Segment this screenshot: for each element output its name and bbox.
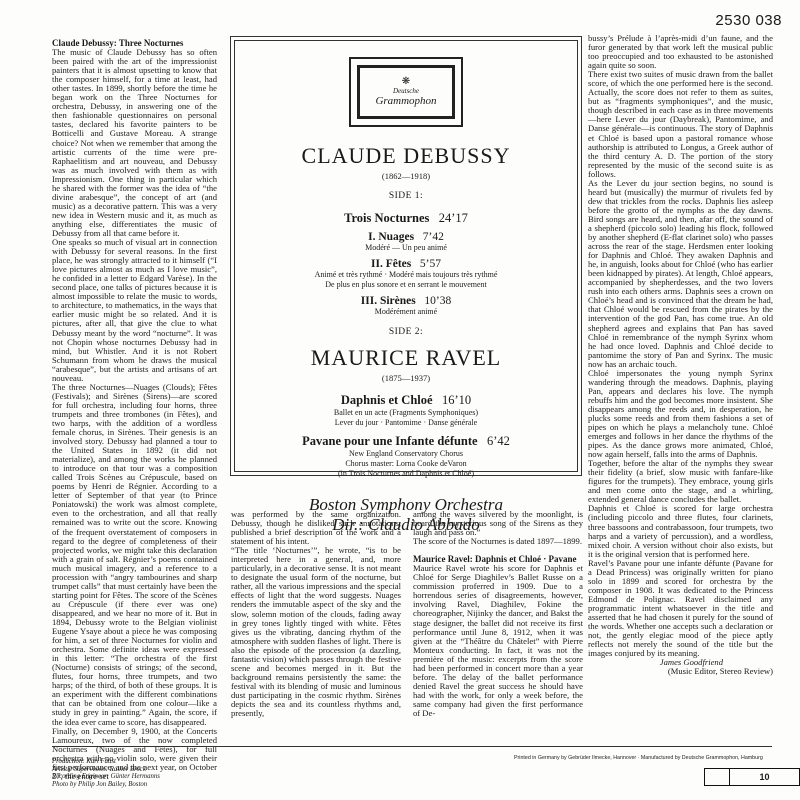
tulip-crown-icon: ❋ bbox=[360, 76, 452, 87]
work-title: Pavane pour une Infante défunte 6’42 bbox=[235, 434, 577, 449]
movement: I. Nuages 7’42 bbox=[235, 231, 577, 243]
paragraph: was performed by the same organization. … bbox=[231, 510, 401, 546]
signature-role: (Music Editor, Stereo Review) bbox=[588, 667, 773, 676]
dg-logo: ❋ Deutsche Grammophon bbox=[349, 57, 463, 127]
credit-line: Production: Karl Faust bbox=[52, 758, 160, 766]
work-title: Trois Nocturnes 24’17 bbox=[235, 211, 577, 226]
composer-debussy: CLAUDE DEBUSSY bbox=[235, 143, 577, 169]
chorus: New England Conservatory Chorus bbox=[235, 449, 577, 459]
paragraph: Together, before the altar of the nymphs… bbox=[588, 459, 773, 504]
paragraph: Daphnis et Chloé is scored for large orc… bbox=[588, 504, 773, 558]
page-number: 10 bbox=[730, 769, 799, 785]
paragraph: Ravel’s Pavane pour une infante défunte … bbox=[588, 559, 773, 659]
side-label: SIDE 2: bbox=[235, 327, 577, 337]
catalog-number: 2530 038 bbox=[715, 12, 782, 29]
column-4: bussy’s Prélude à l’après-midi d’un faun… bbox=[588, 34, 773, 676]
tempo: Modéré — Un peu animé bbox=[235, 243, 577, 253]
tempo: De plus en plus sonore et en serrant le … bbox=[235, 280, 577, 290]
paragraph: bussy’s Prélude à l’après-midi d’un faun… bbox=[588, 34, 773, 70]
paragraph: Maurice Ravel wrote his score for Daphni… bbox=[413, 564, 583, 718]
subtitle: Lever du jour · Pantomime · Danse généra… bbox=[235, 418, 577, 428]
column-3: among the waves silvered by the moonligh… bbox=[413, 510, 583, 718]
paragraph: The three Nocturnes—Nuages (Clouds); Fêt… bbox=[52, 383, 217, 727]
footer-rule bbox=[52, 746, 772, 747]
work-title: Daphnis et Chloé 16’10 bbox=[235, 393, 577, 408]
paragraph: The score of the Nocturnes is dated 1897… bbox=[413, 537, 583, 546]
logo-text: Deutsche bbox=[360, 87, 452, 95]
production-credits: Production: Karl Faust Artistic Supervis… bbox=[52, 758, 160, 788]
paragraph: There exist two suites of music drawn fr… bbox=[588, 70, 773, 179]
paragraph: Chloé impersonates the young nymph Syrin… bbox=[588, 369, 773, 459]
chorus: Chorus master: Lorna Cooke deVaron bbox=[235, 459, 577, 469]
paragraph: One speaks so much of visual art in conn… bbox=[52, 238, 217, 383]
movement: II. Fêtes 5’57 bbox=[235, 258, 577, 270]
credit-line: Artistic Supervision: Rainer Brock bbox=[52, 766, 160, 774]
column-1: Claude Debussy: Three Nocturnes The musi… bbox=[52, 39, 217, 781]
credit-line: Photo by Philip Jon Bailey, Boston bbox=[52, 781, 160, 789]
credit-line: Recording Engineer: Günter Hermanns bbox=[52, 773, 160, 781]
paragraph: As the Lever du jour section begins, no … bbox=[588, 179, 773, 369]
movement: III. Sirènes 10’38 bbox=[235, 295, 577, 307]
subtitle: Ballet en un acte (Fragments Symphonique… bbox=[235, 408, 577, 418]
tempo: Animé et très rythmé · Modéré mais toujo… bbox=[235, 270, 577, 280]
composer-dates: (1875—1937) bbox=[235, 373, 577, 383]
paragraph: “The title ‘Nocturnes’”, he wrote, “is t… bbox=[231, 546, 401, 718]
column-2: was performed by the same organization. … bbox=[231, 510, 401, 718]
printed-notice: Printed in Germany by Gebrüder Ilmecke, … bbox=[514, 755, 763, 761]
logo-text: Grammophon bbox=[360, 95, 452, 107]
chorus: (in Trois Nocturnes and Daphnis et Chloé… bbox=[235, 469, 577, 479]
page-number-box: 10 bbox=[704, 768, 800, 786]
track-listing-box: ❋ Deutsche Grammophon CLAUDE DEBUSSY (18… bbox=[230, 36, 582, 476]
composer-ravel: MAURICE RAVEL bbox=[235, 345, 577, 371]
paragraph: The music of Claude Debussy has so often… bbox=[52, 48, 217, 238]
tempo: Modérément animé bbox=[235, 307, 577, 317]
paragraph: among the waves silvered by the moonligh… bbox=[413, 510, 583, 537]
composer-dates: (1862—1918) bbox=[235, 171, 577, 181]
side-label: SIDE 1: bbox=[235, 191, 577, 201]
